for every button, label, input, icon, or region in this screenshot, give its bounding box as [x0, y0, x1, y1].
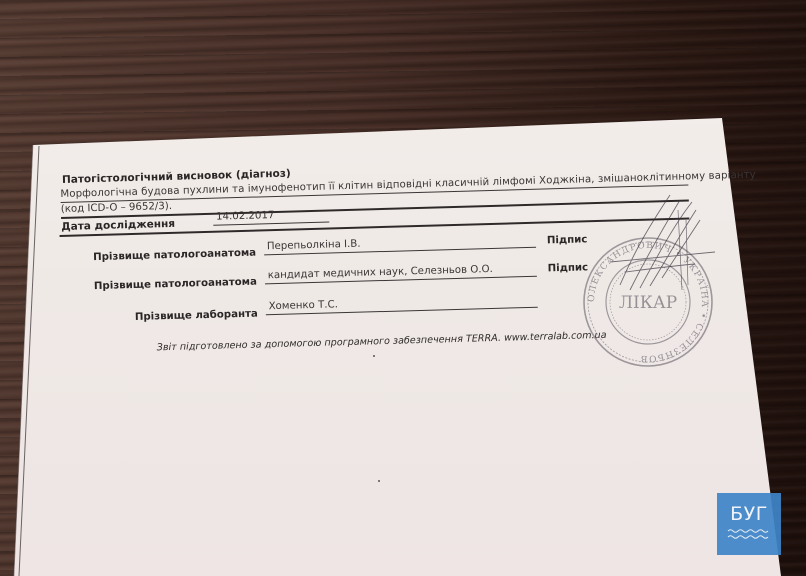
signature-label: Підпис [548, 262, 589, 274]
signature-label: Підпис [547, 234, 588, 246]
report-footer: Звіт підготовлено за допомогою програмно… [157, 330, 607, 354]
paper-speck [378, 480, 380, 482]
pathologist-label: Прізвище патологоанатома [64, 248, 256, 264]
lab-assistant-label: Прізвище лаборанта [66, 309, 258, 325]
date-label: Дата дослідження [61, 218, 175, 233]
pathologist-label: Прізвище патологоанатома [65, 277, 257, 293]
pathologist-name: Перепьолкіна І.В. [267, 239, 361, 253]
lab-assistant-name: Хоменко Т.С. [268, 299, 338, 312]
bug-logo-watermark: БУГ [717, 493, 781, 555]
document-content: Патогістологічний висновок (діагноз) Мор… [0, 0, 806, 576]
date-value: 14.02.2017 [216, 210, 275, 223]
logo-text: БУГ [730, 504, 768, 524]
waves-icon [727, 528, 771, 540]
diagnosis-code: (код ICD-O – 9652/3). [61, 201, 172, 215]
paper-speck [373, 355, 375, 357]
